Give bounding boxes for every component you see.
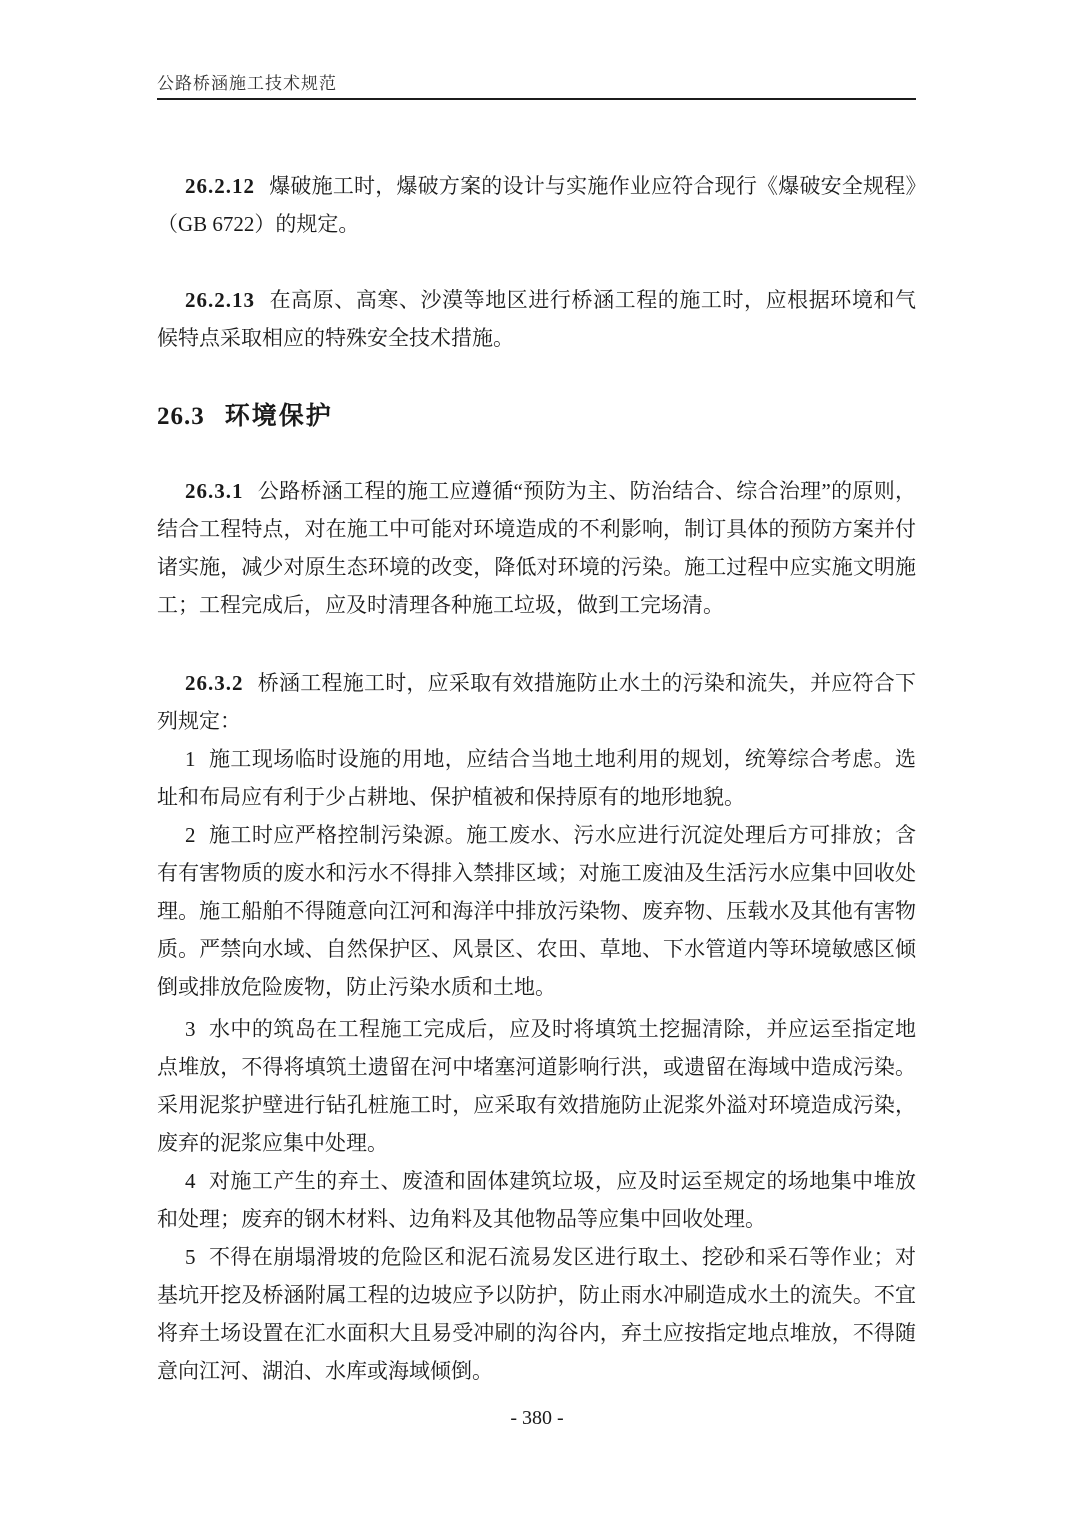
page-header: 公路桥涵施工技术规范: [157, 0, 916, 100]
section-heading: 26.3环境保护: [157, 397, 916, 437]
list-item-text: 施工现场临时设施的用地，应结合当地土地利用的规划，统筹综合考虑。选址和布局应有利…: [157, 747, 916, 809]
list-item-number: 4: [185, 1169, 196, 1193]
clause-number: 26.2.12: [185, 174, 255, 198]
list-item-number: 3: [185, 1017, 196, 1041]
clause-text: 公路桥涵工程的施工应遵循“预防为主、防治结合、综合治理”的原则，结合工程特点，对…: [157, 479, 916, 617]
list-item-4: 4对施工产生的弃土、废渣和固体建筑垃圾，应及时运至规定的场地集中堆放和处理；废弃…: [157, 1162, 916, 1238]
list-item-text: 水中的筑岛在工程施工完成后，应及时将填筑土挖掘清除，并应运至指定地点堆放，不得将…: [157, 1017, 916, 1155]
clause-26-2-13: 26.2.13在高原、高寒、沙漠等地区进行桥涵工程的施工时，应根据环境和气候特点…: [157, 281, 916, 357]
list-item-3: 3水中的筑岛在工程施工完成后，应及时将填筑土挖掘清除，并应运至指定地点堆放，不得…: [157, 1010, 916, 1162]
list-item-text: 不得在崩塌滑坡的危险区和泥石流易发区进行取土、挖砂和采石等作业；对基坑开挖及桥涵…: [157, 1245, 916, 1383]
clause-26-3-1: 26.3.1公路桥涵工程的施工应遵循“预防为主、防治结合、综合治理”的原则，结合…: [157, 472, 916, 624]
page-footer: - 380 -: [0, 1406, 1074, 1430]
document-page: 公路桥涵施工技术规范 26.2.12爆破施工时，爆破方案的设计与实施作业应符合现…: [0, 0, 1074, 1520]
list-item-text: 对施工产生的弃土、废渣和固体建筑垃圾，应及时运至规定的场地集中堆放和处理；废弃的…: [157, 1169, 916, 1231]
list-item-1: 1施工现场临时设施的用地，应结合当地土地利用的规划，统筹综合考虑。选址和布局应有…: [157, 740, 916, 816]
clause-26-2-12: 26.2.12爆破施工时，爆破方案的设计与实施作业应符合现行《爆破安全规程》（G…: [157, 167, 916, 243]
clause-number: 26.3.2: [185, 671, 244, 695]
clause-number: 26.3.1: [185, 479, 244, 503]
header-rule: [157, 98, 916, 100]
clause-26-3-2: 26.3.2桥涵工程施工时，应采取有效措施防止水土的污染和流失，并应符合下列规定…: [157, 664, 916, 740]
list-item-number: 1: [185, 747, 196, 771]
clause-number: 26.2.13: [185, 288, 255, 312]
clause-text: 桥涵工程施工时，应采取有效措施防止水土的污染和流失，并应符合下列规定：: [157, 671, 916, 733]
list-item-number: 2: [185, 823, 196, 847]
section-title: 环境保护: [225, 403, 333, 430]
list-item-number: 5: [185, 1245, 196, 1269]
running-header-title: 公路桥涵施工技术规范: [157, 74, 916, 94]
clause-text: 爆破施工时，爆破方案的设计与实施作业应符合现行《爆破安全规程》（GB 6722）…: [157, 174, 916, 236]
list-item-5: 5不得在崩塌滑坡的危险区和泥石流易发区进行取土、挖砂和采石等作业；对基坑开挖及桥…: [157, 1238, 916, 1390]
clause-text: 在高原、高寒、沙漠等地区进行桥涵工程的施工时，应根据环境和气候特点采取相应的特殊…: [157, 288, 916, 350]
document-content: 26.2.12爆破施工时，爆破方案的设计与实施作业应符合现行《爆破安全规程》（G…: [157, 167, 916, 1390]
section-number: 26.3: [157, 403, 205, 430]
page-number: - 380 -: [510, 1407, 563, 1429]
list-item-text: 施工时应严格控制污染源。施工废水、污水应进行沉淀处理后方可排放；含有有害物质的废…: [157, 823, 916, 999]
list-item-2: 2施工时应严格控制污染源。施工废水、污水应进行沉淀处理后方可排放；含有有害物质的…: [157, 816, 916, 1006]
